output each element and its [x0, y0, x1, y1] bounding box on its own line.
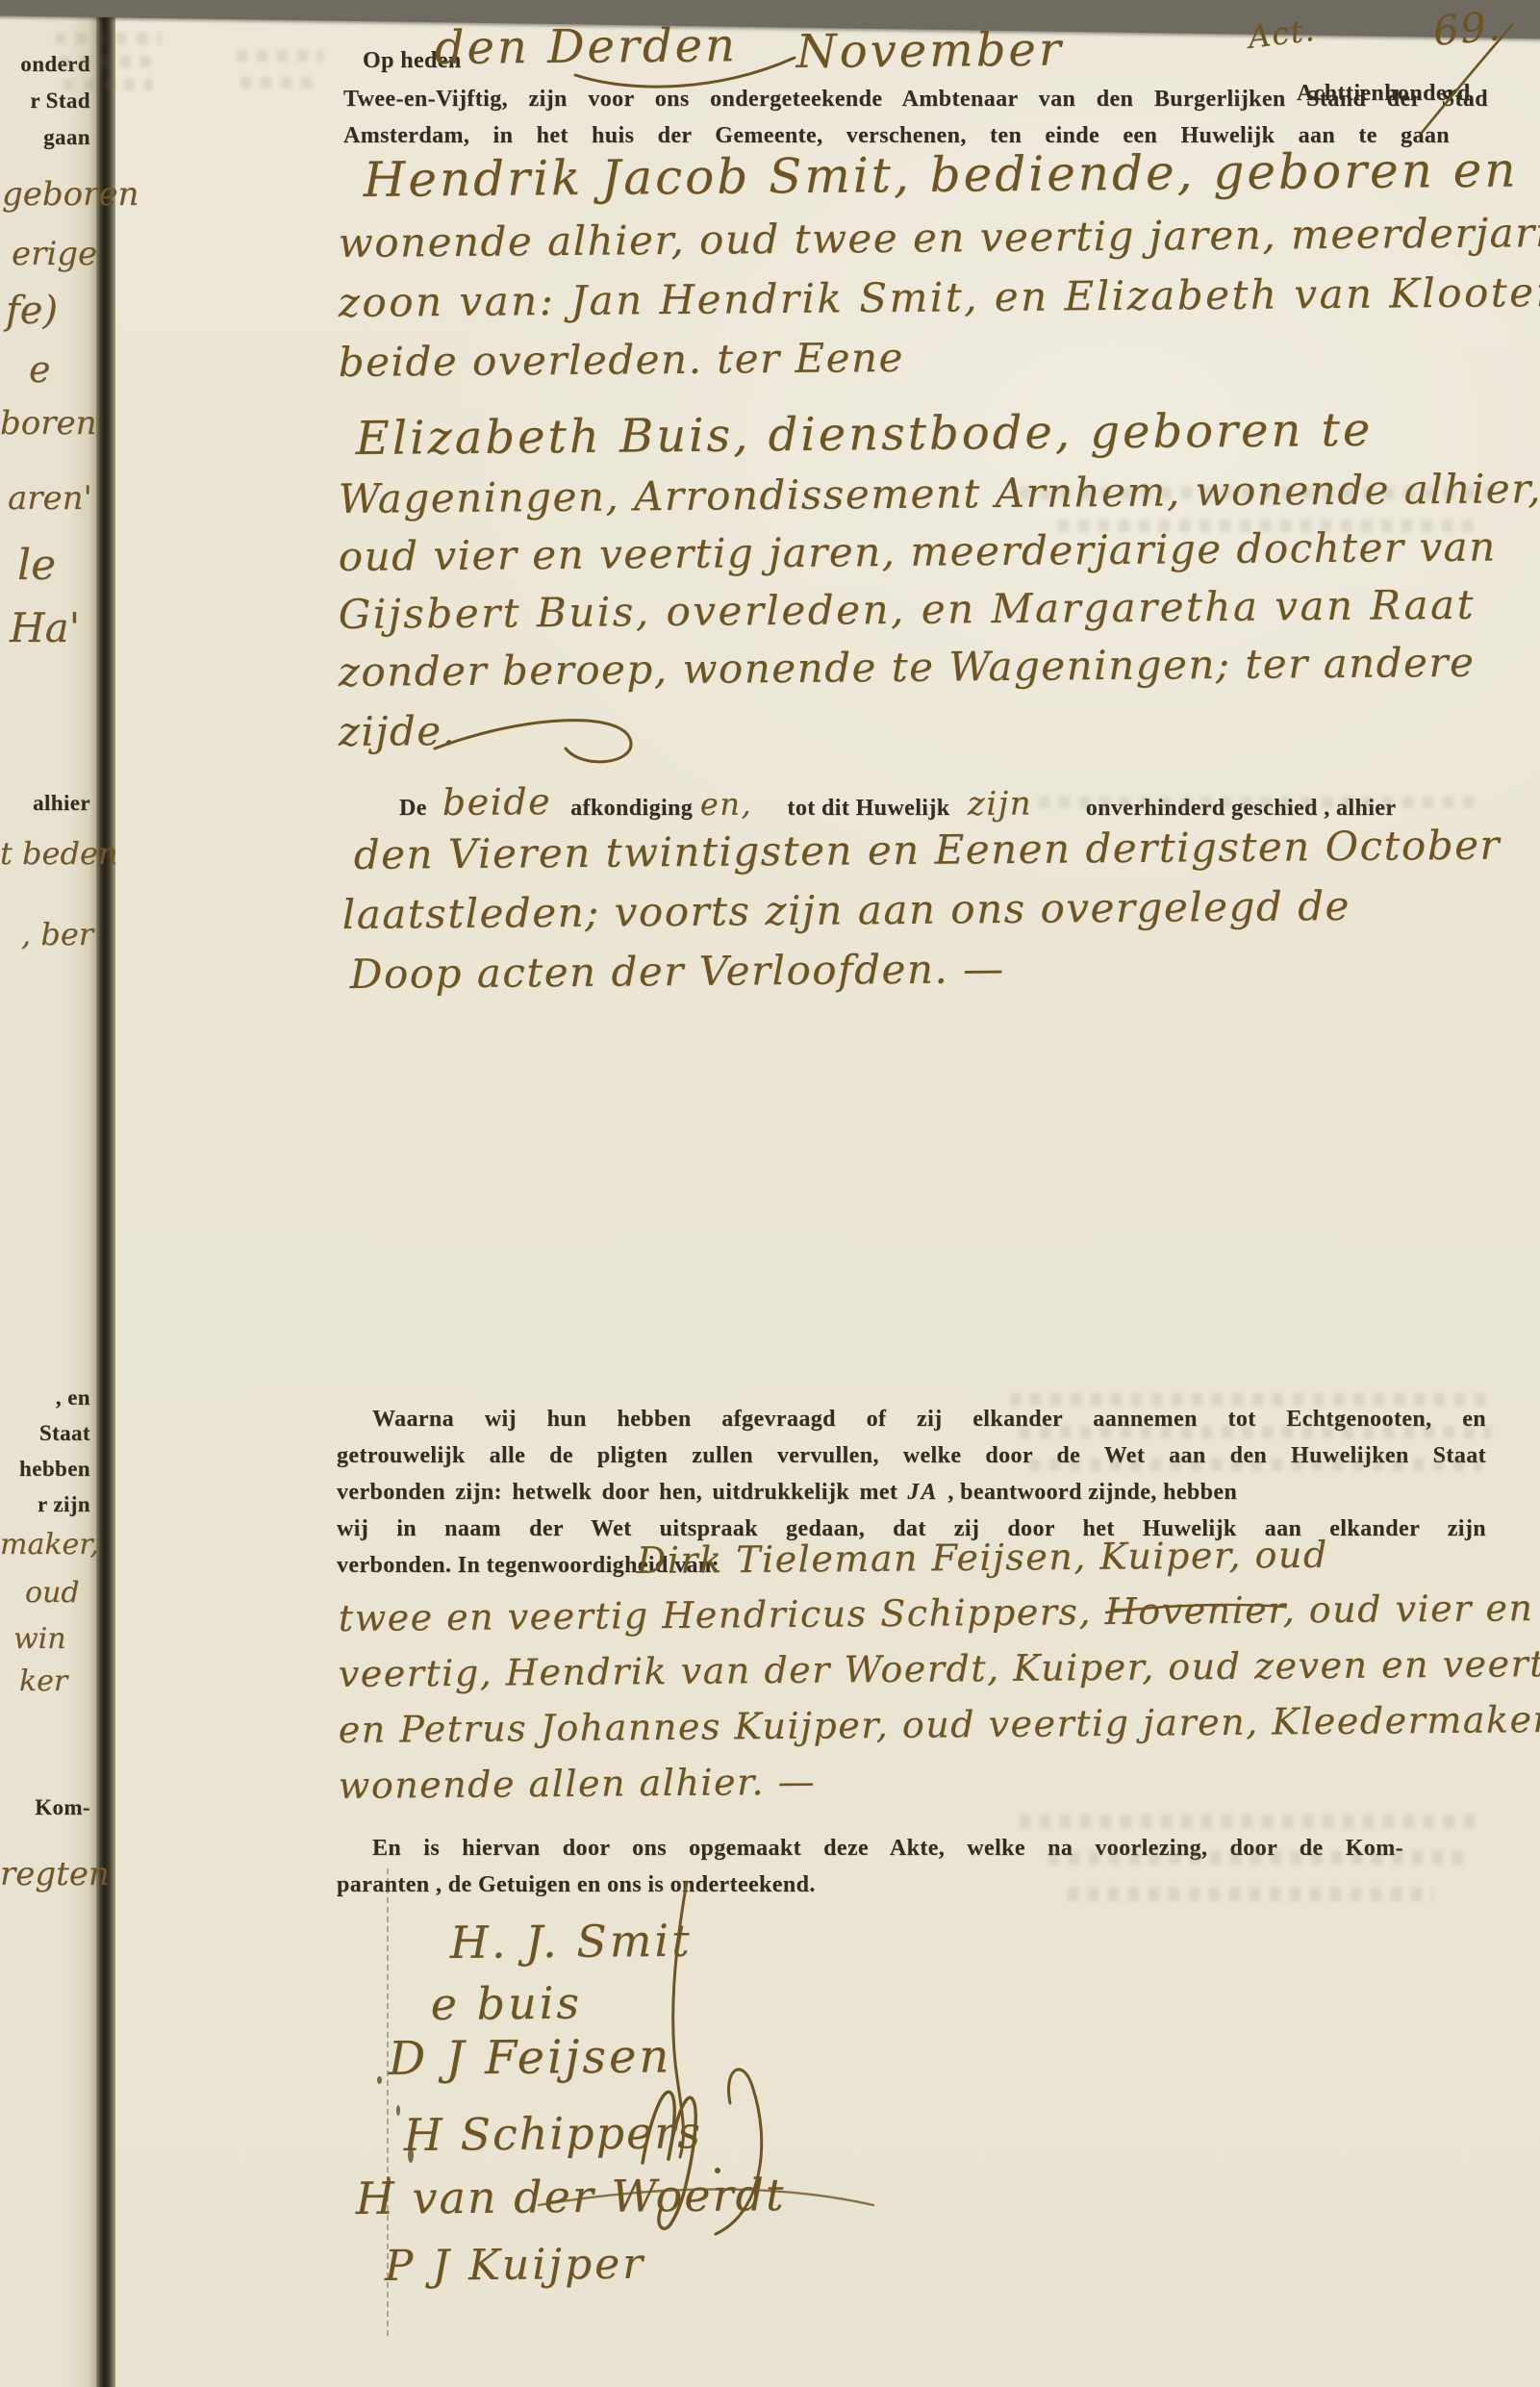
ink-flourishes: [0, 0, 1540, 2387]
bleedthrough-smudge: [1068, 1888, 1433, 1901]
bleedthrough-smudge: [1020, 1815, 1481, 1828]
ink-spatter: [387, 2176, 391, 2183]
bleedthrough-smudge: [1048, 1851, 1472, 1865]
marriage-record-scan: onderd r Stad gaan geboren erige fe) e b…: [0, 0, 1540, 2387]
bleedthrough-smudge: [1020, 1426, 1491, 1438]
ink-spatter: [377, 2076, 382, 2084]
bleedthrough-smudge: [237, 50, 323, 62]
ink-spatter: [396, 2105, 400, 2116]
bleedthrough-smudge: [56, 33, 162, 44]
bleedthrough-smudge: [1010, 1393, 1491, 1406]
ink-spatter: [408, 2147, 414, 2163]
bleedthrough-smudge: [1020, 487, 1491, 499]
bleedthrough-smudge: [240, 77, 317, 89]
bleedthrough-smudge: [60, 56, 156, 67]
bleedthrough-smudge: [1029, 1459, 1481, 1471]
bleedthrough-smudge: [63, 79, 152, 90]
bleedthrough-smudge: [1058, 520, 1481, 532]
bleedthrough-smudge: [1039, 797, 1481, 808]
fold-crease-line: [387, 1868, 389, 2336]
